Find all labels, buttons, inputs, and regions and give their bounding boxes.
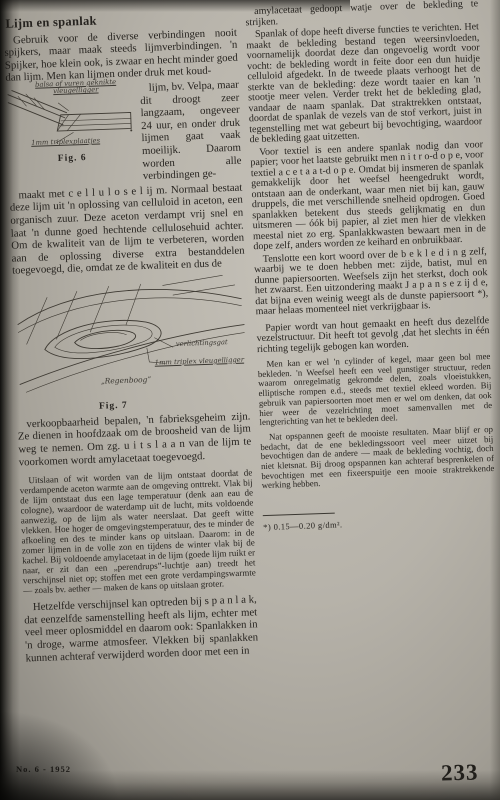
paragraph-beside-figure: lijm, bv. Velpa, maar dit droogt zeer la… (140, 79, 242, 183)
paragraph-smalltype: Men kan er wel 'n cylinder of kegel, maa… (257, 352, 492, 428)
footnote: *) 0.15—0.20 g/dm². (263, 507, 496, 533)
paragraph: Spanlak of dope heeft diverse functies t… (246, 22, 483, 146)
paragraph: verkoopbaarheid bepalen, 'n fabrieksgehe… (17, 410, 252, 468)
paragraph-smalltype: Nat opspannen geeft de mooiste resultate… (260, 425, 495, 491)
paragraph: Voor textiel is een andere spanlak nodig… (250, 140, 487, 253)
page-number: 233 (440, 760, 478, 787)
page-content: Lijm en spanlak Gebruik voor de diverse … (3, 0, 500, 799)
figure-6-row: balsa of vuren geknikte vleugelligger 1m… (6, 79, 242, 189)
paragraph: maakt met c e l l u l o s e l ij m. Norm… (9, 181, 245, 277)
footnote-rule (263, 513, 335, 517)
fig6-caption: Fig. 6 (8, 150, 136, 167)
figure-7: verlichtingsgat 1mm triplex vleugelligge… (12, 272, 250, 416)
issue-number: No. 6 - 1952 (16, 764, 71, 774)
left-column: Lijm en spanlak Gebruik voor de diverse … (3, 8, 263, 800)
paragraph: Tenslotte een kort woord over de b e k l… (254, 247, 489, 318)
paragraph: Papier wordt van hout gemaakt en heeft d… (256, 316, 490, 356)
right-column: amylacetaat gedoopt watje over de bekled… (245, 0, 500, 791)
paragraph-smalltype: Uitslaan of wit worden van de lijm ontst… (19, 468, 256, 596)
figure-6: balsa of vuren geknikte vleugelligger 1m… (6, 82, 137, 188)
paragraph: Hetzelfde verschijnsel kan optreden bij … (24, 594, 259, 665)
footnote-text: *) 0.15—0.20 g/dm². (263, 514, 496, 533)
paragraph: Gebruik voor de diverse verbindingen noo… (4, 26, 239, 84)
scanned-magazine-page: Lijm en spanlak Gebruik voor de diverse … (0, 0, 500, 800)
